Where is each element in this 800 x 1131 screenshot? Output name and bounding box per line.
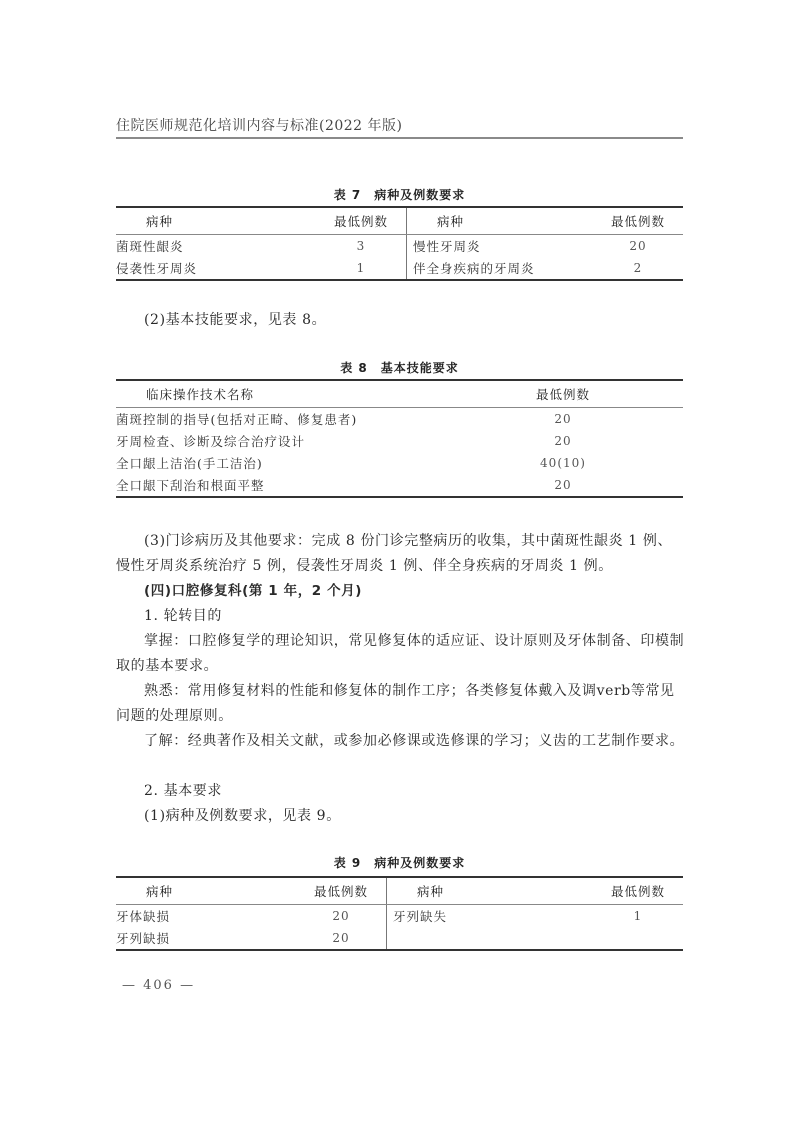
paragraph-understand: 了解：经典著作及相关文献，或参加必修课或选修课的学习；义齿的工艺制作要求。 (116, 729, 686, 754)
col-header-disease: 病种 (116, 877, 296, 905)
table9: 病种 最低例数 病种 最低例数 牙体缺损 20 牙列缺失 1 牙列缺损 20 (116, 876, 683, 951)
table-header-row: 病种 最低例数 病种 最低例数 (116, 877, 683, 905)
col-header-procedure-name: 临床操作技术名称 (116, 380, 443, 408)
cell-count: 1 (316, 257, 407, 280)
cell-count: 20 (593, 235, 683, 258)
cell-count: 3 (316, 235, 407, 258)
col-header-disease: 病种 (407, 207, 594, 235)
cell-disease: 慢性牙周炎 (407, 235, 594, 258)
table-header-row: 病种 最低例数 病种 最低例数 (116, 207, 683, 235)
cell-count: 20 (443, 408, 683, 431)
paragraph-master: 掌握：口腔修复学的理论知识，常见修复体的适应证、设计原则及牙体制备、印模制取的基… (116, 629, 686, 679)
cell-disease: 伴全身疾病的牙周炎 (407, 257, 594, 280)
cell-disease: 牙体缺损 (116, 905, 296, 928)
table-header-row: 临床操作技术名称 最低例数 (116, 380, 683, 408)
col-header-min-count: 最低例数 (296, 877, 387, 905)
subheading-basic-requirements: 2. 基本要求 (116, 779, 686, 804)
cell-count: 20 (443, 474, 683, 497)
cell-count: 1 (593, 905, 683, 928)
table8: 临床操作技术名称 最低例数 菌斑控制的指导(包括对正畸、修复患者) 20 牙周检… (116, 379, 683, 498)
cell-procedure: 牙周检查、诊断及综合治疗设计 (116, 430, 443, 452)
col-header-disease: 病种 (116, 207, 316, 235)
cell-count: 20 (296, 905, 387, 928)
table-row: 菌斑性龈炎 3 慢性牙周炎 20 (116, 235, 683, 258)
table-row: 全口龈上洁治(手工洁治) 40(10) (116, 452, 683, 474)
cell-count: 20 (443, 430, 683, 452)
cell-procedure: 全口龈上洁治(手工洁治) (116, 452, 443, 474)
paragraph-outpatient-records: (3)门诊病历及其他要求：完成 8 份门诊完整病历的收集，其中菌斑性龈炎 1 例… (116, 529, 686, 579)
table-row: 全口龈下刮治和根面平整 20 (116, 474, 683, 497)
paragraph-skills-intro: (2)基本技能要求，见表 8。 (116, 308, 686, 333)
subheading-rotation-goals: 1. 轮转目的 (116, 604, 686, 629)
cell-count: 2 (593, 257, 683, 280)
col-header-min-count: 最低例数 (443, 380, 683, 408)
cell-count: 20 (296, 927, 387, 950)
paragraph-familiar: 熟悉：常用修复材料的性能和修复体的制作工序；各类修复体戴入及调verb等常见问题… (116, 679, 686, 729)
paragraph-cases-intro: (1)病种及例数要求，见表 9。 (116, 804, 686, 829)
col-header-min-count: 最低例数 (316, 207, 407, 235)
table9-caption: 表 9 病种及例数要求 (116, 854, 683, 871)
cell-procedure: 菌斑控制的指导(包括对正畸、修复患者) (116, 408, 443, 431)
running-header-title: 住院医师规范化培训内容与标准(2022 年版) (116, 115, 403, 135)
cell-count: 40(10) (443, 452, 683, 474)
table-row: 侵袭性牙周炎 1 伴全身疾病的牙周炎 2 (116, 257, 683, 280)
col-header-min-count: 最低例数 (593, 207, 683, 235)
cell-count (593, 927, 683, 950)
page-number: — 406 — (122, 978, 195, 993)
table7-caption: 表 7 病种及例数要求 (116, 186, 683, 203)
cell-disease (387, 927, 594, 950)
table-row: 牙体缺损 20 牙列缺失 1 (116, 905, 683, 928)
col-header-min-count: 最低例数 (593, 877, 683, 905)
cell-procedure: 全口龈下刮治和根面平整 (116, 474, 443, 497)
table-row: 牙周检查、诊断及综合治疗设计 20 (116, 430, 683, 452)
header-rule (116, 137, 683, 139)
cell-disease: 菌斑性龈炎 (116, 235, 316, 258)
table-row: 牙列缺损 20 (116, 927, 683, 950)
table-row: 菌斑控制的指导(包括对正畸、修复患者) 20 (116, 408, 683, 431)
cell-disease: 牙列缺失 (387, 905, 594, 928)
table7: 病种 最低例数 病种 最低例数 菌斑性龈炎 3 慢性牙周炎 20 侵袭性牙周炎 … (116, 206, 683, 281)
table8-caption: 表 8 基本技能要求 (116, 359, 683, 376)
cell-disease: 牙列缺损 (116, 927, 296, 950)
cell-disease: 侵袭性牙周炎 (116, 257, 316, 280)
section-heading-prosthodontics: (四)口腔修复科(第 1 年，2 个月) (116, 579, 686, 604)
col-header-disease: 病种 (387, 877, 594, 905)
